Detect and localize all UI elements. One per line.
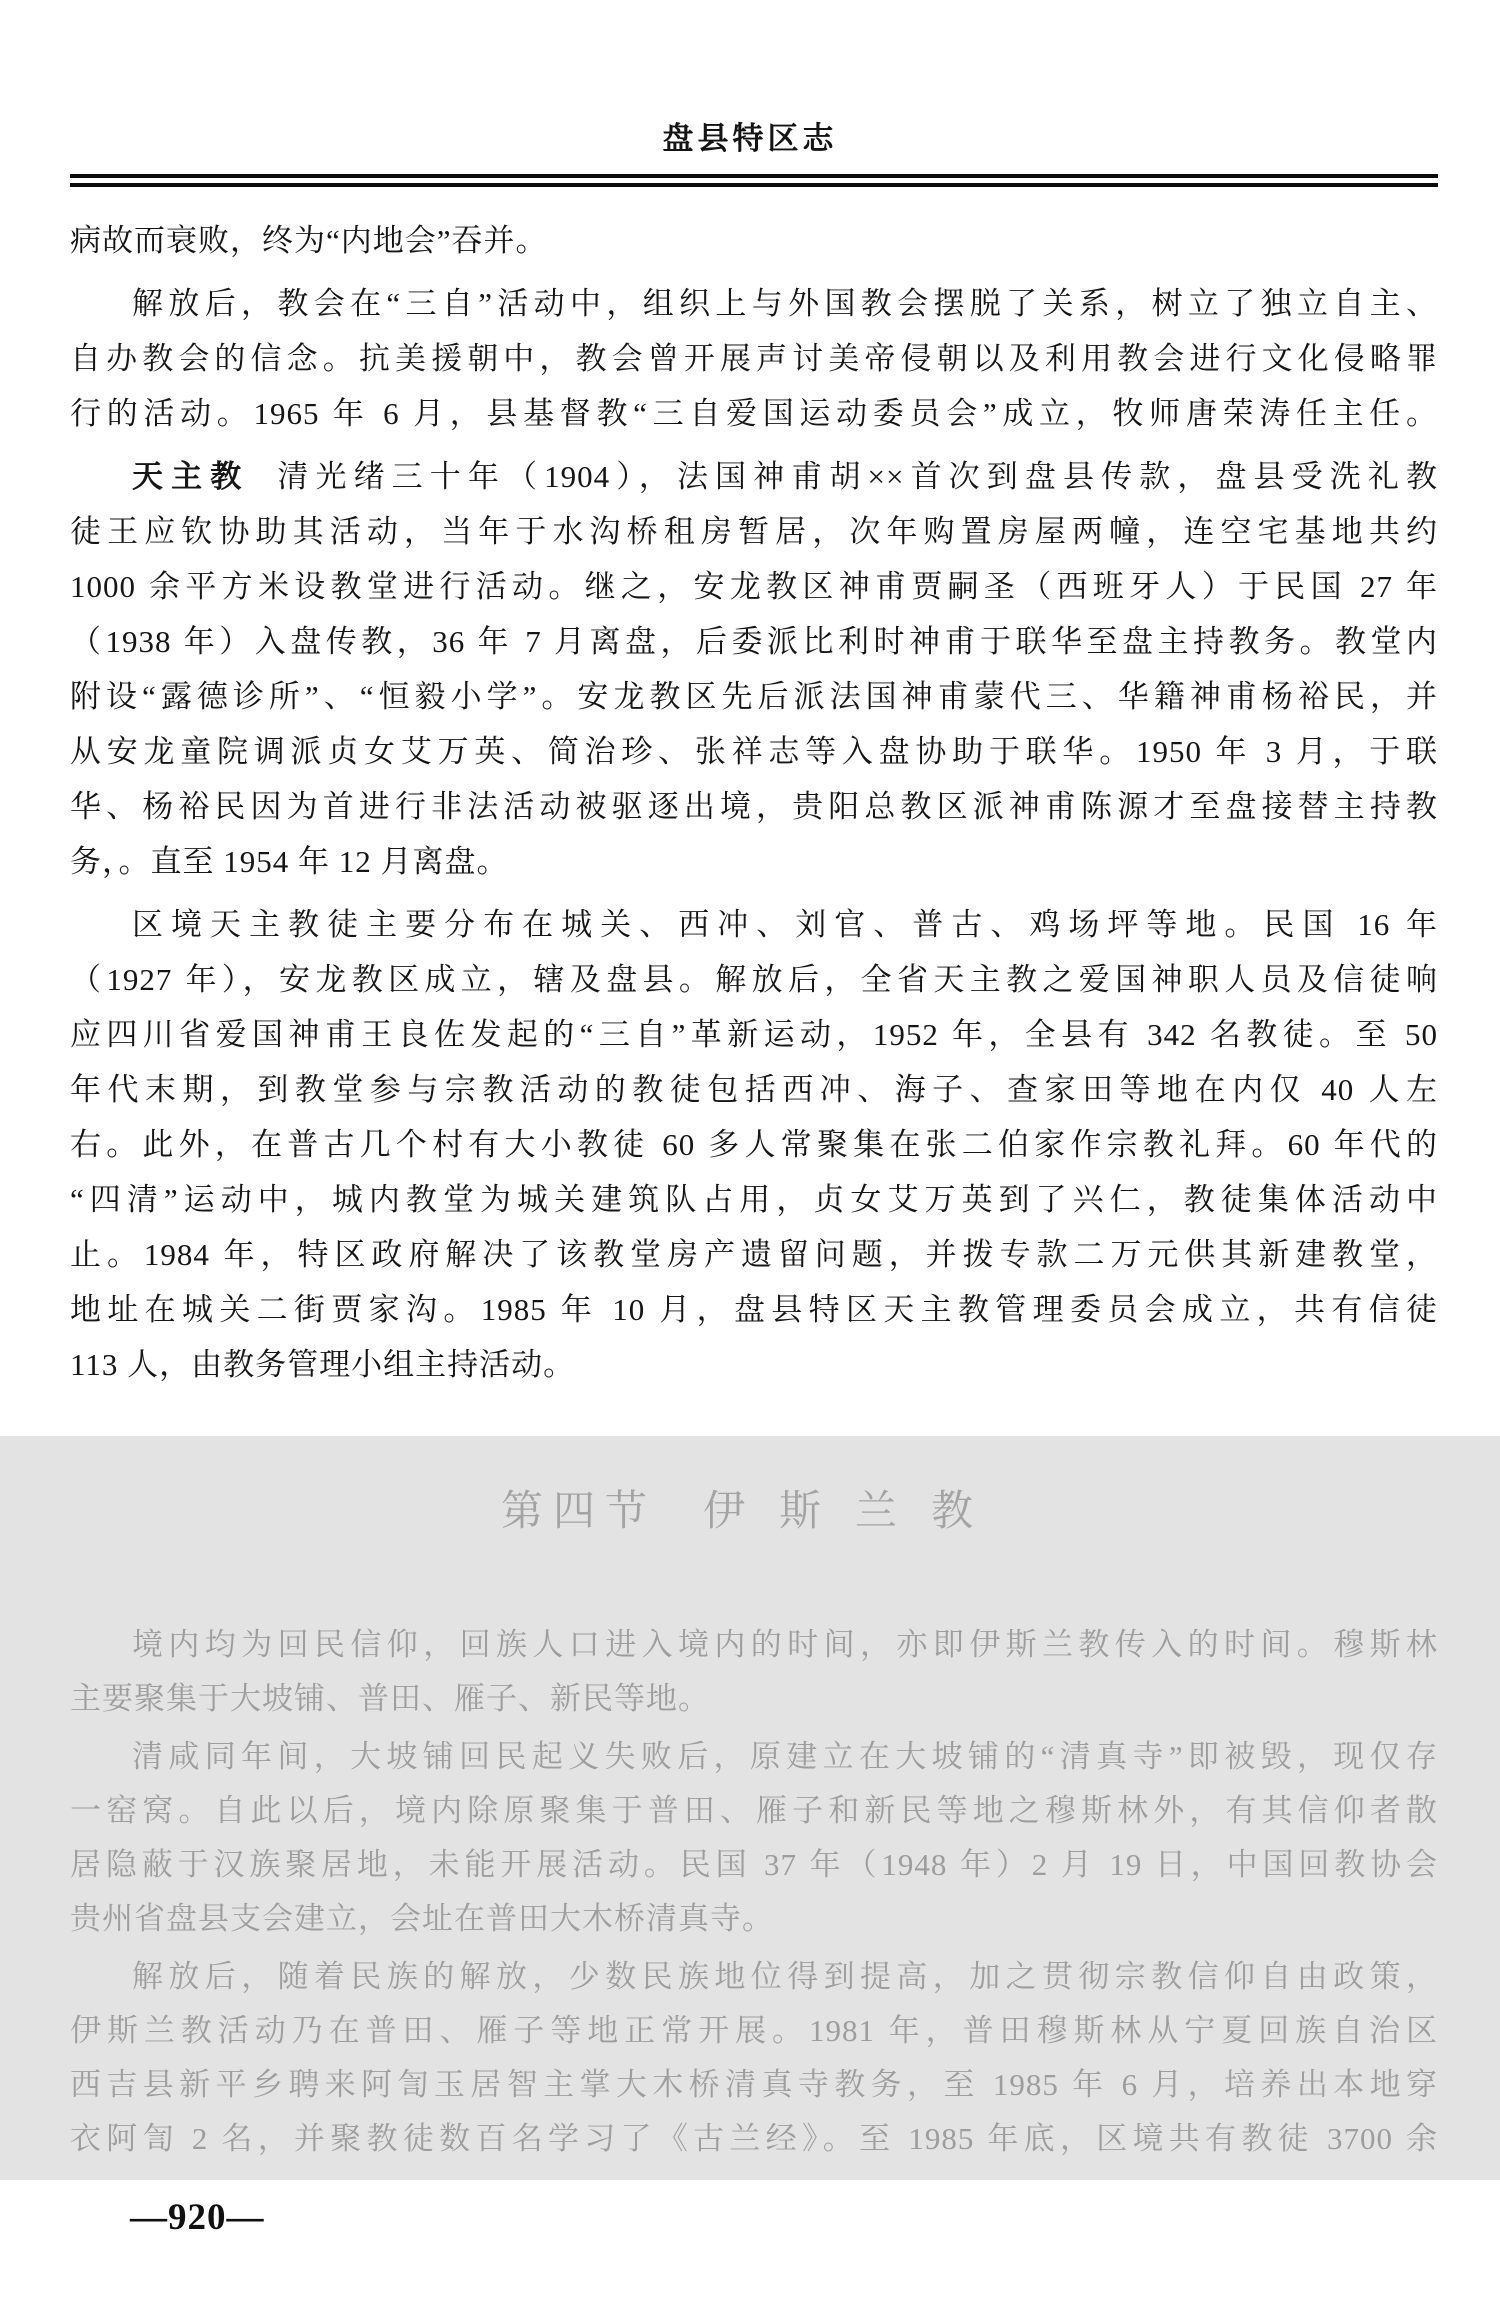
- header-double-rule: [70, 174, 1438, 187]
- section-number: 第四节: [501, 1489, 657, 1535]
- islam-section: 第四节伊斯兰教 境内均为回民信仰，回族人口进入境内的时间，亦即伊斯兰教传入的时间…: [0, 1436, 1500, 2180]
- christian-section: 病故而衰败，终为“内地会”吞并。解放后，教会在“三自”活动中，组织上与外国教会摆…: [70, 213, 1438, 1392]
- text-line: 附设“露德诊所”、“恒毅小学”。安龙教区先后派法国神甫蒙代三、华籍神甫杨裕民，并: [70, 669, 1438, 724]
- text-line: 一窑窝。自此以后，境内除原聚集于普田、雁子和新民等地之穆斯林外，有其信仰者散: [70, 1784, 1438, 1838]
- islam-section-heading: 第四节伊斯兰教: [70, 1486, 1438, 1538]
- paragraph: 区境天主教徒主要分布在城关、西冲、刘官、普古、鸡场坪等地。民国 16 年（192…: [70, 897, 1438, 1392]
- text-line: 徒王应钦协助其活动，当年于水沟桥租房暂居，次年购置房屋两幢，连空宅基地共约: [70, 504, 1438, 559]
- text-line: 清咸同年间，大坡铺回民起义失败后，原建立在大坡铺的“清真寺”即被毁，现仅存: [70, 1730, 1438, 1784]
- text-line: （1938 年）入盘传教，36 年 7 月离盘，后委派比利时神甫于联华至盘主持教…: [70, 614, 1438, 669]
- text-line: 居隐蔽于汉族聚居地，未能开展活动。民国 37 年（1948 年）2 月 19 日…: [70, 1838, 1438, 1892]
- text-line: 西吉县新平乡聘来阿訇玉居智主掌大木桥清真寺教务，至 1985 年 6 月，培养出…: [70, 2058, 1438, 2112]
- text-line: 衣阿訇 2 名，并聚教徒数百名学习了《古兰经》。至 1985 年底，区境共有教徒…: [70, 2112, 1438, 2166]
- paragraph-lead: 天主教: [132, 459, 277, 494]
- paragraph: 天主教清光绪三十年（1904），法国神甫胡××首次到盘县传款，盘县受洗礼教徒王应…: [70, 449, 1438, 889]
- paragraph: 境内均为回民信仰，回族人口进入境内的时间，亦即伊斯兰教传入的时间。穆斯林主要聚集…: [70, 1618, 1438, 1726]
- text-line: 行的活动。1965 年 6 月，县基督教“三自爱国运动委员会”成立，牧师唐荣涛任…: [70, 386, 1438, 441]
- text-line: 华、杨裕民因为首进行非法活动被驱逐出境，贵阳总教区派神甫陈源才至盘接替主持教: [70, 779, 1438, 834]
- text-line: 自办教会的信念。抗美援朝中，教会曾开展声讨美帝侵朝以及利用教会进行文化侵略罪: [70, 331, 1438, 386]
- text-line: 113 人，由教务管理小组主持活动。: [70, 1337, 1438, 1392]
- text-line: 天主教清光绪三十年（1904），法国神甫胡××首次到盘县传款，盘县受洗礼教: [70, 449, 1438, 504]
- text-line: 年代末期，到教堂参与宗教活动的教徒包括西冲、海子、查家田等地在内仅 40 人左: [70, 1062, 1438, 1117]
- paragraph: 病故而衰败，终为“内地会”吞并。: [70, 213, 1438, 268]
- text-line: 解放后，教会在“三自”活动中，组织上与外国教会摆脱了关系，树立了独立自主、: [70, 276, 1438, 331]
- section-title: 伊斯兰教: [703, 1489, 1007, 1535]
- text-line: 伊斯兰教活动乃在普田、雁子等地正常开展。1981 年，普田穆斯林从宁夏回族自治区: [70, 2004, 1438, 2058]
- text-line: 解放后，随着民族的解放，少数民族地位得到提高，加之贯彻宗教信仰自由政策，: [70, 1950, 1438, 2004]
- page-header-title: 盘县特区志: [0, 0, 1500, 158]
- paragraph: 解放后，教会在“三自”活动中，组织上与外国教会摆脱了关系，树立了独立自主、自办教…: [70, 276, 1438, 441]
- text-line: 病故而衰败，终为“内地会”吞并。: [70, 213, 1438, 268]
- text-line: （1927 年），安龙教区成立，辖及盘县。解放后，全省天主教之爱国神职人员及信徒…: [70, 952, 1438, 1007]
- text-line: 境内均为回民信仰，回族人口进入境内的时间，亦即伊斯兰教传入的时间。穆斯林: [70, 1618, 1438, 1672]
- text-line: 止。1984 年，特区政府解决了该教堂房产遗留问题，并拨专款二万元供其新建教堂，: [70, 1227, 1438, 1282]
- text-line: 地址在城关二街贾家沟。1985 年 10 月，盘县特区天主教管理委员会成立，共有…: [70, 1282, 1438, 1337]
- paragraph: 清咸同年间，大坡铺回民起义失败后，原建立在大坡铺的“清真寺”即被毁，现仅存一窑窝…: [70, 1730, 1438, 1946]
- text-line: 1000 余平方米设教堂进行活动。继之，安龙教区神甫贾嗣圣（西班牙人）于民国 2…: [70, 559, 1438, 614]
- text-line: 务，。直至 1954 年 12 月离盘。: [70, 834, 1438, 889]
- text-line: 从安龙童院调派贞女艾万英、简治珍、张祥志等入盘协助于联华。1950 年 3 月，…: [70, 724, 1438, 779]
- text-line: 主要聚集于大坡铺、普田、雁子、新民等地。: [70, 1672, 1438, 1726]
- text-line: 贵州省盘县支会建立，会址在普田大木桥清真寺。: [70, 1892, 1438, 1946]
- text-line: 区境天主教徒主要分布在城关、西冲、刘官、普古、鸡场坪等地。民国 16 年: [70, 897, 1438, 952]
- text-line: 应四川省爱国神甫王良佐发起的“三自”革新运动，1952 年，全县有 342 名教…: [70, 1007, 1438, 1062]
- text-line: “四清”运动中，城内教堂为城关建筑队占用，贞女艾万英到了兴仁，教徒集体活动中: [70, 1172, 1438, 1227]
- text-line: 右。此外，在普古几个村有大小教徒 60 多人常聚集在张二伯家作宗教礼拜。60 年…: [70, 1117, 1438, 1172]
- page: { "page": { "header_title": "盘县特区志", "pa…: [0, 0, 1500, 2302]
- page-number: —920—: [130, 2196, 1500, 2239]
- islam-section-body: 境内均为回民信仰，回族人口进入境内的时间，亦即伊斯兰教传入的时间。穆斯林主要聚集…: [70, 1618, 1438, 2166]
- paragraph: 解放后，随着民族的解放，少数民族地位得到提高，加之贯彻宗教信仰自由政策，伊斯兰教…: [70, 1950, 1438, 2166]
